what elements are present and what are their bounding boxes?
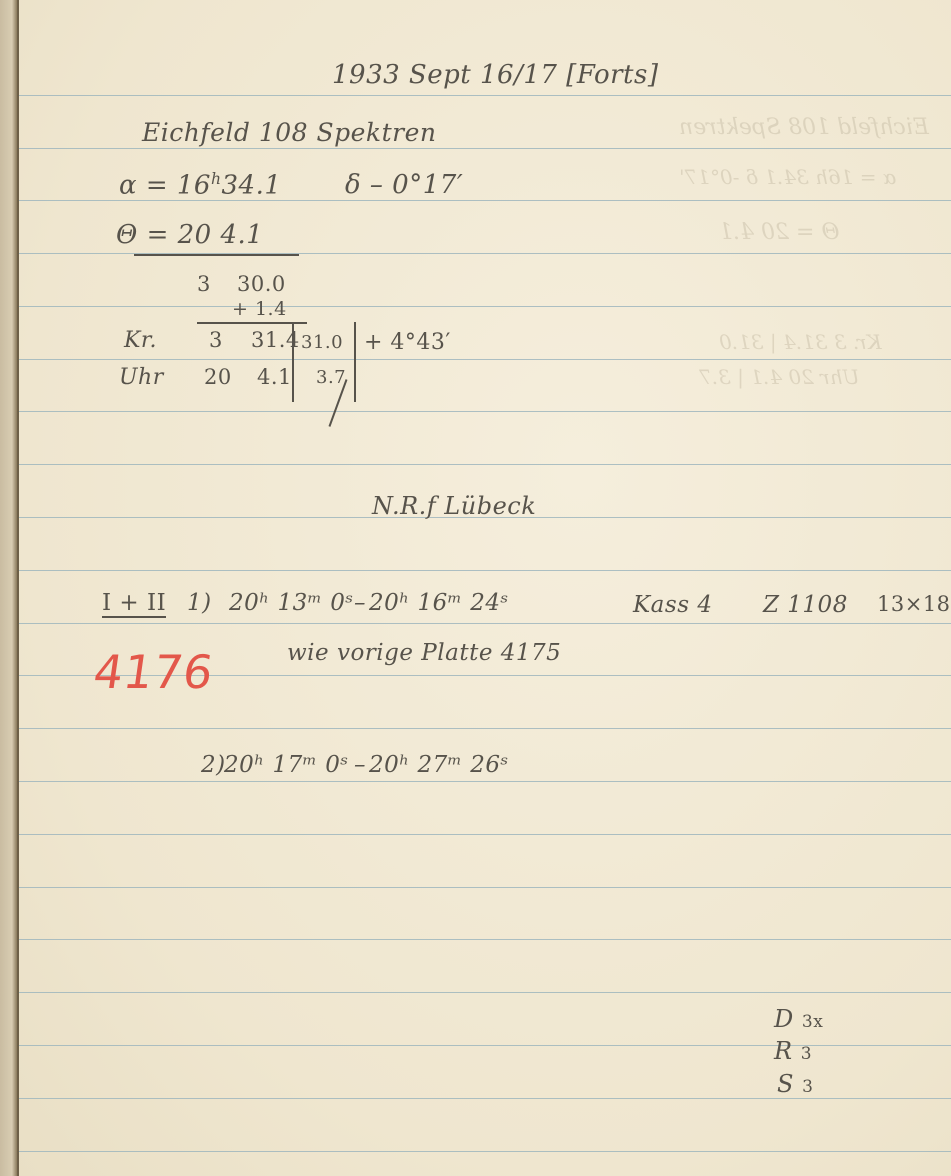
theta-label: Θ = bbox=[116, 220, 169, 250]
notebook-page: Eichfeld 108 Spektren α = 16h 34.1 δ -0°… bbox=[17, 0, 951, 1176]
ruled-line bbox=[19, 728, 951, 729]
section-heading-nrf: N.R.f Lübeck bbox=[372, 492, 536, 520]
declination: δ – 0°17′ bbox=[345, 170, 463, 200]
ruled-line bbox=[19, 464, 951, 465]
plate-format: 13×18 bbox=[877, 592, 951, 616]
right-ascension: α = 16h34.1 bbox=[119, 170, 281, 201]
cassette: Kass 4 bbox=[633, 592, 712, 618]
mark-letter: D bbox=[774, 1005, 794, 1033]
plate-label: I + II bbox=[102, 590, 166, 618]
ruled-line bbox=[19, 939, 951, 940]
kr-a: 3 bbox=[209, 328, 223, 352]
ruled-line bbox=[19, 411, 951, 412]
ruled-line bbox=[19, 887, 951, 888]
ruled-line bbox=[19, 1151, 951, 1152]
ruled-line bbox=[19, 95, 951, 96]
exposure1-start: 20ʰ 13ᵐ 0ˢ bbox=[229, 590, 354, 616]
calc-line1-a: 3 bbox=[197, 272, 211, 296]
alpha-unit: h bbox=[211, 170, 222, 188]
ruled-line bbox=[19, 1098, 951, 1099]
exposure2-start: 20ʰ 17ᵐ 0ˢ bbox=[224, 752, 349, 778]
page-title: 1933 Sept 16/17 [Forts] bbox=[332, 60, 658, 90]
uhr-label: Uhr bbox=[119, 365, 164, 390]
column-divider bbox=[292, 322, 294, 402]
show-through-text: Eichfeld 108 Spektren bbox=[679, 115, 929, 140]
mark-value: 3 bbox=[802, 1077, 813, 1097]
notebook-gutter bbox=[0, 0, 17, 1176]
sidereal-time: Θ = 20 4.1 bbox=[116, 220, 263, 250]
uhr-a: 20 bbox=[204, 365, 232, 389]
column-divider bbox=[354, 322, 356, 402]
calc-result: + 4°43′ bbox=[364, 330, 451, 355]
sum-rule bbox=[197, 322, 307, 324]
zenith-z: Z 1108 bbox=[763, 592, 848, 618]
ruled-line bbox=[19, 148, 951, 149]
mark-value: 3x bbox=[802, 1012, 823, 1032]
footer-mark-r: R 3 bbox=[774, 1037, 812, 1065]
plate-number-red: 4176 bbox=[90, 645, 217, 699]
show-through-text: Kr. 3 31.4 | 31.0 bbox=[719, 330, 882, 354]
mark-letter: R bbox=[774, 1037, 793, 1065]
exposure-dash: – bbox=[354, 590, 366, 616]
alpha-label: α = bbox=[119, 171, 168, 201]
show-through-text: Uhr 20 4.1 | 3.7 bbox=[699, 365, 860, 389]
theta-value: 20 4.1 bbox=[178, 220, 264, 250]
alpha-hours: 16 bbox=[177, 171, 211, 201]
exposure1-end: 20ʰ 16ᵐ 24ˢ bbox=[369, 590, 509, 616]
col2-bottom: 3.7 bbox=[316, 367, 346, 388]
delta-value: – 0°17′ bbox=[370, 170, 463, 200]
calc-line1-b: 30.0 bbox=[237, 272, 286, 296]
section-heading-eichfeld: Eichfeld 108 Spektren bbox=[142, 118, 436, 147]
uhr-b: 4.1 bbox=[257, 365, 292, 389]
exposure2-index: 2) bbox=[201, 752, 226, 778]
ruled-line bbox=[19, 306, 951, 307]
exposure2-end: 20ʰ 27ᵐ 26ˢ bbox=[369, 752, 509, 778]
ruled-line bbox=[19, 623, 951, 624]
show-through-text: α = 16h 34.1 δ -0°17' bbox=[679, 165, 896, 189]
ruled-line bbox=[19, 359, 951, 360]
show-through-text: Θ = 20 4.1 bbox=[719, 220, 839, 245]
ruled-line bbox=[19, 570, 951, 571]
ruled-line bbox=[19, 781, 951, 782]
underline-rule bbox=[134, 254, 299, 256]
calc-correction: + 1.4 bbox=[232, 298, 287, 320]
mark-value: 3 bbox=[801, 1044, 812, 1064]
exposure1-index: 1) bbox=[187, 590, 212, 616]
col2-top: 31.0 bbox=[301, 332, 343, 353]
delta-label: δ bbox=[345, 170, 361, 200]
alpha-minutes: 34.1 bbox=[222, 171, 282, 201]
ruled-line bbox=[19, 992, 951, 993]
mark-letter: S bbox=[777, 1070, 794, 1098]
kr-label: Kr. bbox=[124, 328, 157, 353]
footer-mark-s: S 3 bbox=[777, 1070, 813, 1098]
ruled-line bbox=[19, 834, 951, 835]
plate-note: wie vorige Platte 4175 bbox=[287, 640, 561, 666]
footer-mark-d: D 3x bbox=[774, 1005, 823, 1033]
exposure-dash: – bbox=[354, 752, 366, 778]
